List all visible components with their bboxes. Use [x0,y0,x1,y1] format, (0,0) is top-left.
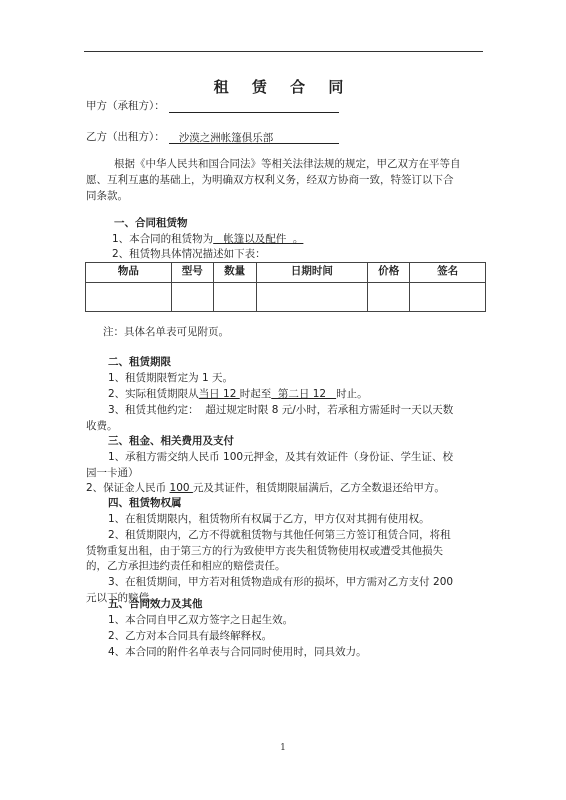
document-page: 租 赁 合 同 甲方（承租方）： 乙方（出租方）：沙漠之洲帐篷俱乐部 根据《中华… [0,0,566,800]
section-4-item-2-line-3: 的，乙方承担违约责任和相应的赔偿责任。 [86,559,286,573]
section-3-item-1-line-1: 1、承租方需交纳人民币 100元押金，及其有效证件（身份证、学生证、校 [108,450,453,464]
section-1-heading: 一、合同租赁物 [114,216,188,230]
intro-line-1: 根据《中华人民共和国合同法》等相关法律法规的规定，甲乙双方在平等自 [114,157,461,171]
table-note: 注：具体名单表可见附页。 [103,325,229,339]
section-5-item-1: 1、本合同自甲乙双方签字之日起生效。 [108,613,293,627]
party-a-line: 甲方（承租方）： [86,99,339,113]
deposit-suffix: 元及其证件，租赁期限届满后，乙方全数退还给甲方。 [193,482,445,494]
item-2-suffix: 时止。 [336,388,368,400]
section-5-item-2: 2、乙方对本合同具有最终解释权。 [108,629,272,643]
col-header-signature: 签名 [410,263,486,283]
section-2-heading: 二、租赁期限 [108,355,171,369]
section-3-heading: 三、租金、相关费用及支付 [108,434,234,448]
cell-item[interactable] [86,283,172,312]
rental-item-value: 帐篷以及配件 。 [213,233,303,245]
section-5-item-4: 4、本合同的附件名单表与合同同时使用时，同具效力。 [108,645,367,659]
cell-datetime[interactable] [256,283,368,312]
section-5-heading: 五、合同效力及其他 [108,597,203,611]
period-end: 第二日 12 [271,388,336,400]
section-4-item-2-line-1: 2、租赁期限内，乙方不得就租赁物与其他任何第三方签订租赁合同，将租 [108,528,451,542]
party-b-label: 乙方（出租方）： [86,131,165,143]
section-1-item-2: 2、租赁物具体情况描述如下表： [112,247,266,261]
section-4-item-1: 1、在租赁期限内，租赁物所有权属于乙方，甲方仅对其拥有使用权。 [108,512,430,526]
period-start: 当日 12 [199,388,240,400]
item-1-prefix: 1、本合同的租赁物为 [112,233,213,245]
section-4-item-3-line-1: 3、在租赁期间，甲方若对租赁物造成有形的损坏，甲方需对乙方支付 200 [108,575,453,589]
col-header-quantity: 数量 [213,263,256,283]
col-header-model: 型号 [171,263,213,283]
cell-quantity[interactable] [213,283,256,312]
cell-signature[interactable] [410,283,486,312]
section-3-item-2: 2、保证金人民币 100 元及其证件，租赁期限届满后，乙方全数退还给甲方。 [86,481,445,495]
section-2-item-3-line-1: 3、租赁其他约定： 超过规定时限 8 元/小时，若承租方需延时一天以天数 [108,403,453,417]
party-a-label: 甲方（承租方）： [86,100,165,112]
section-2-item-3-line-2: 收费。 [86,419,118,433]
section-2-item-1: 1、租赁期限暂定为 1 天。 [108,371,233,385]
col-header-item: 物品 [86,263,172,283]
section-2-item-2: 2、实际租赁期限从当日 12 时起至 第二日 12 时止。 [108,387,368,401]
party-b-value: 沙漠之洲帐篷俱乐部 [169,132,274,144]
cell-price[interactable] [368,283,410,312]
section-1-item-1: 1、本合同的租赁物为 帐篷以及配件 。 [112,232,303,246]
page-number: 1 [0,743,566,753]
party-a-field[interactable] [169,100,339,113]
item-2-prefix: 2、实际租赁期限从 [108,388,199,400]
party-b-field: 沙漠之洲帐篷俱乐部 [169,131,339,144]
intro-line-3: 同条款。 [86,189,128,203]
col-header-datetime: 日期时间 [256,263,368,283]
col-header-price: 价格 [368,263,410,283]
header-rule [84,51,483,52]
deposit-amount: 100 [170,482,193,494]
table-row [86,283,486,312]
section-4-item-2-line-2: 赁物重复出租，由于第三方的行为致使甲方丧失租赁物使用权或遭受其他损失 [86,544,443,558]
section-3-item-1-line-2: 园一卡通） [86,466,139,480]
deposit-prefix: 2、保证金人民币 [86,482,170,494]
table-header-row: 物品 型号 数量 日期时间 价格 签名 [86,263,486,283]
contract-title: 租 赁 合 同 [0,76,566,97]
rental-items-table: 物品 型号 数量 日期时间 价格 签名 [85,262,486,312]
section-4-heading: 四、租赁物权属 [108,496,182,510]
party-b-line: 乙方（出租方）：沙漠之洲帐篷俱乐部 [86,130,339,144]
item-2-mid: 时起至 [240,388,272,400]
intro-line-2: 愿、互利互惠的基础上，为明确双方权利义务，经双方协商一致，特签订以下合 [86,173,454,187]
cell-model[interactable] [171,283,213,312]
